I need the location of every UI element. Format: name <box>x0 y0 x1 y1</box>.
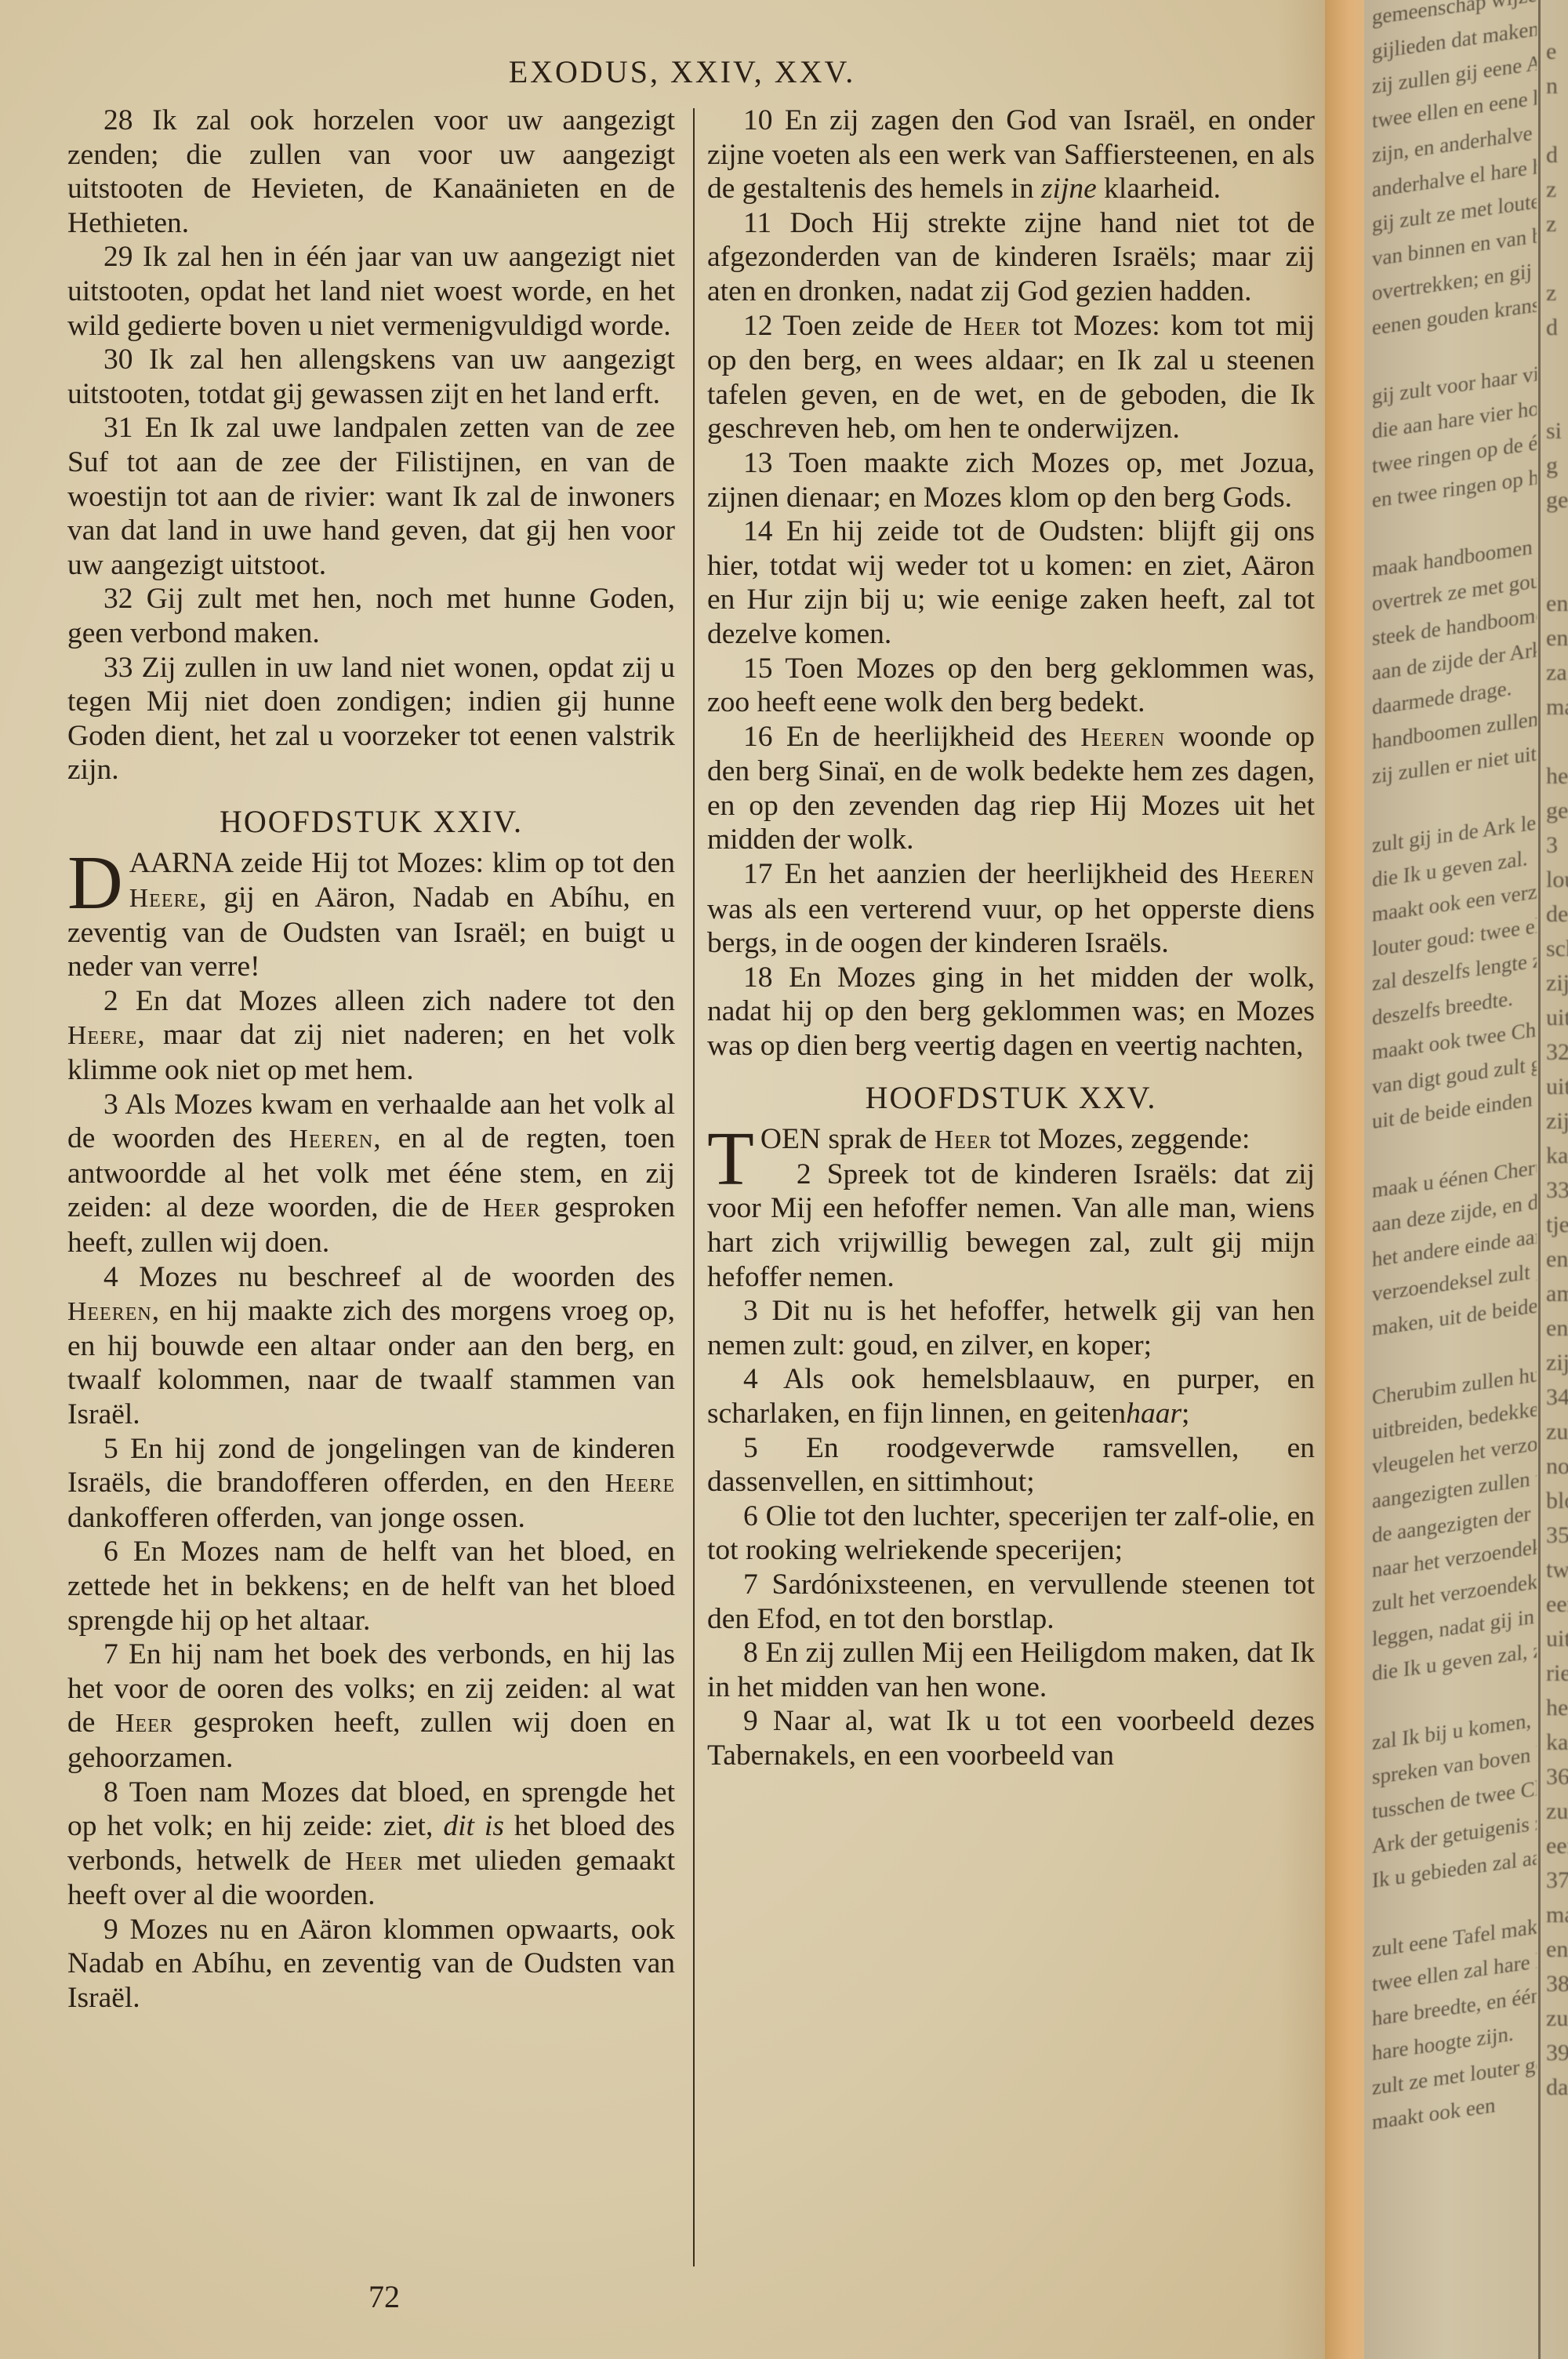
divine-name: Heere <box>605 1469 675 1498</box>
facing-page-line: za <box>1546 656 1568 690</box>
verse-8: 8 En zij zullen Mij een Heiligdom maken,… <box>707 1636 1315 1704</box>
facing-page-line: uit h <box>1546 1001 1568 1035</box>
chapter-heading: HOOFDSTUK XXV. <box>707 1081 1315 1115</box>
verse-text: klaarheid. <box>1097 173 1221 205</box>
facing-page-line <box>1546 552 1568 587</box>
verse-number: 7 <box>103 1638 118 1670</box>
facing-page-line: noten <box>1546 1449 1568 1484</box>
facing-page-line: aman <box>1546 1277 1568 1311</box>
facing-page-line: 36 H <box>1546 1760 1568 1794</box>
verse-number: 2 <box>797 1158 811 1190</box>
facing-page-line <box>1546 104 1568 138</box>
verse-30: 30 Ik zal hen allengskens van uw aangezi… <box>67 343 675 411</box>
divine-name: Heer <box>964 312 1022 341</box>
facing-page-line: het <box>1546 759 1568 794</box>
divine-name: Heere <box>67 1021 137 1050</box>
book-page: EXODUS, XXIV, XXV. 28 Ik zal ook horzele… <box>0 0 1348 2359</box>
facing-page-line: zullen u <box>1546 1794 1568 1829</box>
verse-7: 7 Sardónixsteenen, en vervullende steene… <box>707 1568 1315 1636</box>
verse-10: 10 En zij zagen den God van Israël, en o… <box>707 104 1315 206</box>
verse-text: En hij zond de jongelingen van de kinder… <box>67 1433 675 1499</box>
verse-9: 9 Mozes nu en Aäron klommen opwaarts, oo… <box>67 1913 675 2016</box>
verse-13: 13 Toen maakte zich Mozes op, met Jozua,… <box>707 446 1315 514</box>
verse-16: 16 En de heerlijkheid des Heeren woonde … <box>707 720 1315 857</box>
facing-page-line: gen <box>1546 794 1568 828</box>
verse-number: 6 <box>103 1536 118 1568</box>
verse-number: 8 <box>103 1776 118 1808</box>
facing-page-line: ma <box>1546 690 1568 725</box>
facing-page-line: rieten <box>1546 1656 1568 1691</box>
italic-supplied-word: dit is <box>443 1810 504 1842</box>
verse-text: Toen zeide de <box>783 310 964 342</box>
verse-text: Ik zal ook horzelen voor uw aangezigt ze… <box>67 104 675 239</box>
facing-page-line: 34 <box>1546 1380 1568 1415</box>
verse-text: Dit nu is het hefoffer, hetwelk gij van … <box>707 1295 1315 1361</box>
facing-page-line: zijne <box>1546 1104 1568 1139</box>
divine-name: Heer <box>345 1847 403 1876</box>
verse-number: 13 <box>743 447 773 479</box>
facing-page-line <box>1546 380 1568 414</box>
facing-page-line: zullen <box>1546 1415 1568 1449</box>
verse-15: 15 Toen Mozes op den berg geklommen was,… <box>707 652 1315 720</box>
verse-number: 2 <box>103 985 118 1017</box>
facing-page-line: en ee <box>1546 1311 1568 1346</box>
verse-text: En roodgeverwde ramsvellen, en dassenvel… <box>707 1432 1315 1499</box>
divine-name: Heer <box>935 1125 993 1154</box>
verse-text: Gij zult met hen, noch met hunne Goden, … <box>67 583 675 649</box>
verse-number: 32 <box>103 583 133 615</box>
facing-page-line: bloem <box>1546 1484 1568 1518</box>
column-divider <box>693 108 695 2266</box>
verse-number: 9 <box>103 1914 118 1946</box>
opening-caps: AARNA <box>129 847 232 879</box>
facing-page-line: 37 G <box>1546 1863 1568 1898</box>
facing-page-line <box>1546 518 1568 552</box>
divine-name: Heeren <box>67 1297 152 1326</box>
verse-28: 28 Ik zal ook horzelen voor uw aangezigt… <box>67 104 675 240</box>
verse-text: Mozes nu beschreef al de woorden des <box>139 1261 675 1293</box>
facing-page-line: z <box>1546 173 1568 207</box>
verse-text: zeide Hij tot Mozes: klim op tot den <box>232 847 675 879</box>
facing-page-line: zijne <box>1546 966 1568 1001</box>
facing-page-line: den <box>1546 897 1568 932</box>
verse-text: Sardónixsteenen, en vervullende steenen … <box>707 1568 1315 1635</box>
opening-caps: OEN <box>760 1123 821 1155</box>
verse-32: 32 Gij zult met hen, noch met hunne Gode… <box>67 582 675 650</box>
verse-text: En dat Mozes alleen zich nadere tot den <box>136 985 675 1017</box>
verse-number: 15 <box>743 652 773 685</box>
drop-cap: T <box>707 1127 754 1191</box>
divine-name: Heeren <box>1230 860 1315 889</box>
verse-5: 5 En roodgeverwde ramsvellen, en dassenv… <box>707 1431 1315 1499</box>
verse-number: 18 <box>743 961 773 994</box>
right-column: 10 En zij zagen den God van Israël, en o… <box>707 104 1315 1773</box>
verse-29: 29 Ik zal hen in één jaar van uw aangezi… <box>67 240 675 343</box>
verse-4: 4 Mozes nu beschreef al de woorden des H… <box>67 1260 675 1432</box>
chapter-opening-verse: TOEN sprak de Heer tot Mozes, zeggende: <box>707 1122 1315 1158</box>
divine-name: Heer <box>115 1709 173 1738</box>
drop-cap: D <box>67 851 123 915</box>
facing-page-line: dat <box>1546 2070 1568 2105</box>
verse-17: 17 En het aanzien der heerlijkheid des H… <box>707 857 1315 961</box>
verse-14: 14 En hij zeide tot de Oudsten: blijft g… <box>707 514 1315 651</box>
facing-page-line: zullen lo <box>1546 2001 1568 2036</box>
facing-page-line: g <box>1546 449 1568 483</box>
verse-text: Toen maakte zich Mozes op, met Jozua, zi… <box>707 447 1315 514</box>
facing-page-line: z <box>1546 276 1568 311</box>
verse-number: 8 <box>743 1637 758 1669</box>
facing-page-line: kand <box>1546 1139 1568 1173</box>
verse-text: Doch Hij strekte zijne hand niet tot de … <box>707 207 1315 307</box>
verse-number: 3 <box>103 1089 118 1121</box>
verse-number: 12 <box>743 310 773 342</box>
page-number: 72 <box>353 2278 416 2315</box>
verse-text: En de heerlijkheid des <box>786 721 1081 753</box>
facing-page-line: 39 Uit <box>1546 2036 1568 2070</box>
verse-text: En hij zeide tot de Oudsten: blijft gij … <box>707 515 1315 650</box>
verse-number: 6 <box>743 1500 758 1532</box>
facing-page-line: scha <box>1546 932 1568 966</box>
verse-text: En Ik zal uwe landpalen zetten van de ze… <box>67 412 675 580</box>
verse-text: tot Mozes, zeggende: <box>992 1123 1250 1155</box>
running-head: EXODUS, XXIV, XXV. <box>0 53 1348 90</box>
verse-number: 7 <box>743 1568 758 1601</box>
facing-page-line: d <box>1546 311 1568 345</box>
facing-page-line: het zij <box>1546 1691 1568 1725</box>
facing-page-line <box>1546 0 1568 35</box>
verse-4: 4 Als ook hemelsblaauw, en purper, en sc… <box>707 1362 1315 1430</box>
facing-page-line: eenig d <box>1546 1829 1568 1863</box>
verse-text: Ik zal hen allengskens van uw aangezigt … <box>67 343 675 410</box>
facing-page-line: 35 <box>1546 1518 1568 1553</box>
facing-page-line: 3 <box>1546 828 1568 863</box>
verse-number: 4 <box>103 1261 118 1293</box>
verse-31: 31 En Ik zal uwe landpalen zetten van de… <box>67 411 675 582</box>
divine-name: Heeren <box>1080 723 1165 752</box>
facing-page-line: 38 Zij <box>1546 1967 1568 2001</box>
facing-page-line: uitgaan <box>1546 1622 1568 1656</box>
italic-supplied-word: zijne <box>1041 173 1097 205</box>
verse-text: , maar dat zij niet naderen; en het volk… <box>67 1019 675 1086</box>
verse-text: En Mozes ging in het midden der wolk, na… <box>707 961 1315 1062</box>
verse-text: Ik zal hen in één jaar van uw aangezigt … <box>67 241 675 341</box>
verse-text: Olie tot den luchter, specerijen ter zal… <box>707 1500 1315 1567</box>
facing-page-line: twee r <box>1546 1553 1568 1587</box>
verse-number: 5 <box>743 1432 758 1464</box>
verse-number: 11 <box>743 207 771 239</box>
verse-2: 2 En dat Mozes alleen zich nadere tot de… <box>67 984 675 1088</box>
facing-page-line <box>1546 345 1568 380</box>
verse-number: 14 <box>743 515 773 547</box>
verse-11: 11 Doch Hij strekte zijne hand niet tot … <box>707 206 1315 309</box>
verse-number: 29 <box>103 241 133 273</box>
verse-text: was als een verterend vuur, op het opper… <box>707 893 1315 960</box>
facing-page-line: e <box>1546 35 1568 69</box>
facing-page-line: z <box>1546 207 1568 242</box>
verse-text: En het aanzien der heerlijkheid des <box>784 858 1230 890</box>
facing-page-edge: gemeenschap wijzen zal,gijlieden dat mak… <box>1364 0 1568 2359</box>
verse-number: 16 <box>743 721 773 753</box>
divine-name: Heer <box>483 1194 541 1223</box>
verse-text: dankofferen offerden, van jonge ossen. <box>67 1502 525 1534</box>
facing-page-line: 33 <box>1546 1173 1568 1208</box>
verse-5: 5 En hij zond de jongelingen van de kind… <box>67 1432 675 1536</box>
verse-number: 3 <box>743 1295 758 1327</box>
verse-6: 6 Olie tot den luchter, specerijen ter z… <box>707 1499 1315 1568</box>
verse-7: 7 En hij nam het boek des verbonds, en h… <box>67 1637 675 1775</box>
verse-text: sprak de <box>821 1123 935 1155</box>
facing-page-line: lout <box>1546 863 1568 897</box>
verse-3: 3 Als Mozes kwam en verhaalde aan het vo… <box>67 1088 675 1260</box>
verse-8: 8 Toen nam Mozes dat bloed, en sprengde … <box>67 1776 675 1913</box>
facing-page-line: uitg <box>1546 1070 1568 1104</box>
italic-supplied-word: haar <box>1126 1398 1181 1430</box>
verse-number: 28 <box>103 104 133 136</box>
facing-page-line: tjes z <box>1546 1208 1568 1242</box>
verse-text: Zij zullen in uw land niet wonen, opdat … <box>67 652 675 787</box>
facing-page-line <box>1546 725 1568 759</box>
verse-number: 30 <box>103 343 133 376</box>
verse-text: ; <box>1181 1398 1189 1430</box>
facing-page-column-a: gemeenschap wijzen zal,gijlieden dat mak… <box>1372 0 1537 2139</box>
verse-number: 5 <box>103 1433 118 1465</box>
facing-page-line: kandela <box>1546 1725 1568 1760</box>
verse-number: 31 <box>103 412 133 444</box>
chapter-opening-verse: DAARNA zeide Hij tot Mozes: klim op tot … <box>67 846 675 983</box>
verse-text: Als ook hemelsblaauw, en purper, en scha… <box>707 1363 1315 1430</box>
facing-page-line: en <box>1546 587 1568 621</box>
facing-page-line: si <box>1546 414 1568 449</box>
facing-page-line: een kn <box>1546 1587 1568 1622</box>
verse-12: 12 Toen zeide de Heer tot Mozes: kom tot… <box>707 309 1315 446</box>
facing-page-line: ge <box>1546 483 1568 518</box>
verse-18: 18 En Mozes ging in het midden der wolk,… <box>707 961 1315 1063</box>
facing-page-line <box>1546 242 1568 276</box>
facing-page-line: maken, <box>1546 1898 1568 1932</box>
verse-3: 3 Dit nu is het hefoffer, hetwelk gij va… <box>707 1294 1315 1362</box>
verse-number: 10 <box>743 104 773 136</box>
verse-number: 4 <box>743 1363 758 1395</box>
verse-text: En Mozes nam de helft van het bloed, en … <box>67 1536 675 1636</box>
verse-number: 33 <box>103 652 133 684</box>
facing-page-line: n <box>1546 69 1568 104</box>
divine-name: Heere <box>129 884 199 913</box>
verse-number: 9 <box>743 1705 758 1737</box>
facing-page-line: en ee <box>1546 1242 1568 1277</box>
divine-name: Heeren <box>289 1125 374 1154</box>
verse-text: Naar al, wat Ik u tot een voorbeeld deze… <box>707 1705 1315 1772</box>
verse-9: 9 Naar al, wat Ik u tot een voorbeeld de… <box>707 1704 1315 1772</box>
facing-page-divider <box>1538 0 1541 2359</box>
verse-text: Mozes nu en Aäron klommen opwaarts, ook … <box>67 1914 675 2014</box>
verse-text: En zij zullen Mij een Heiligdom maken, d… <box>707 1637 1315 1703</box>
verse-2: 2 Spreek tot de kinderen Israëls: dat zi… <box>707 1158 1315 1294</box>
verse-text: , en hij maakte zich des morgens vroeg o… <box>67 1295 675 1430</box>
verse-text: Toen Mozes op den berg geklommen was, zo… <box>707 652 1315 719</box>
verse-text: En zij zagen den God van Israël, en onde… <box>707 104 1315 205</box>
verse-number: 17 <box>743 858 773 890</box>
verse-33: 33 Zij zullen in uw land niet wonen, opd… <box>67 651 675 787</box>
facing-page-line: 32 <box>1546 1035 1568 1070</box>
facing-page-line: en doen <box>1546 1932 1568 1967</box>
verse-6: 6 En Mozes nam de helft van het bloed, e… <box>67 1535 675 1637</box>
facing-page-column-b: en dzz zd sigge enenzama hetgen3loutdens… <box>1546 0 1568 2105</box>
facing-page-line: en <box>1546 621 1568 656</box>
facing-page-line: d <box>1546 138 1568 173</box>
left-column: 28 Ik zal ook horzelen voor uw aangezigt… <box>67 104 675 2016</box>
facing-page-line: zijn, <box>1546 1346 1568 1380</box>
chapter-heading: HOOFDSTUK XXIV. <box>67 805 675 839</box>
